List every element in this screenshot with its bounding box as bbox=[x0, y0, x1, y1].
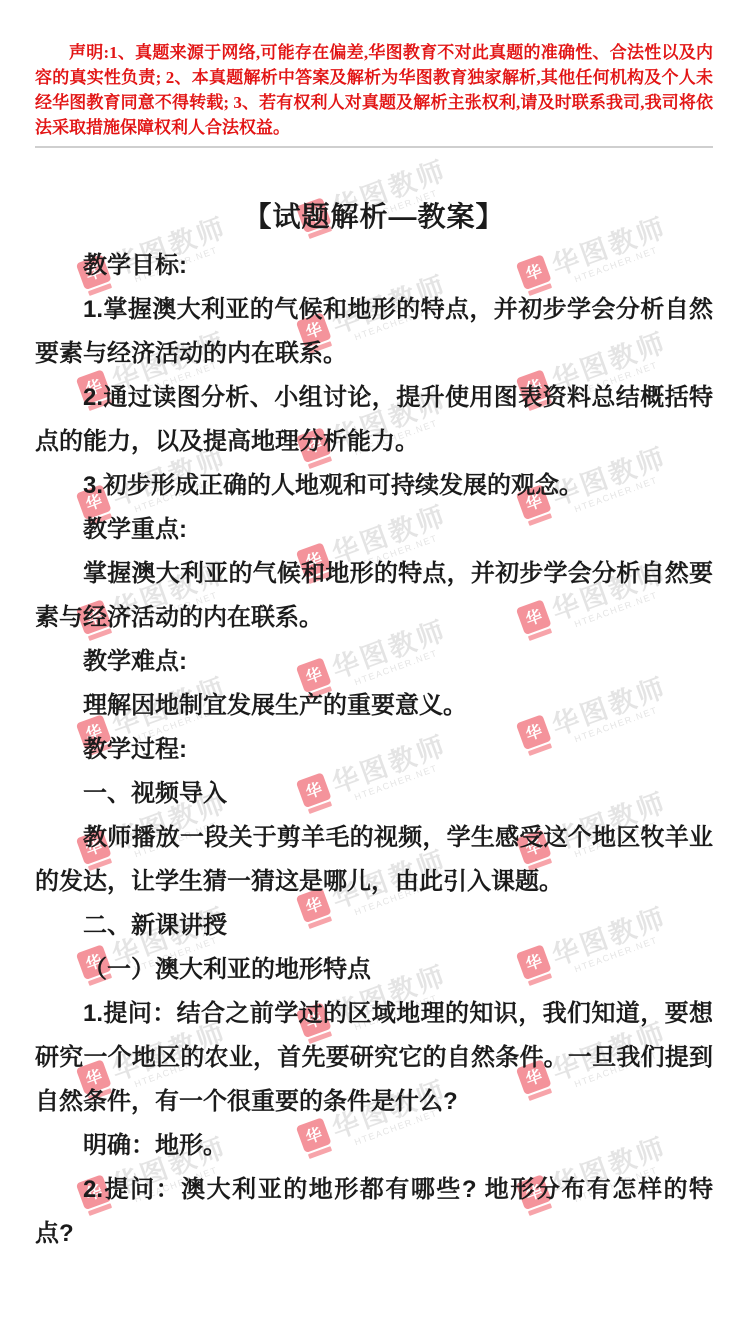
paragraph: 教学重点: bbox=[35, 508, 713, 552]
paragraph: 一、视频导入 bbox=[35, 772, 713, 816]
paragraph: 2.通过读图分析、小组讨论，提升使用图表资料总结概括特点的能力，以及提高地理分析… bbox=[35, 376, 713, 464]
paragraph: 教学难点: bbox=[35, 640, 713, 684]
paragraph: 理解因地制宜发展生产的重要意义。 bbox=[35, 684, 713, 728]
paragraph: 二、新课讲授 bbox=[35, 904, 713, 948]
paragraph: 教学过程: bbox=[35, 728, 713, 772]
paragraph: 3.初步形成正确的人地观和可持续发展的观念。 bbox=[35, 464, 713, 508]
paragraph: 1.掌握澳大利亚的气候和地形的特点，并初步学会分析自然要素与经济活动的内在联系。 bbox=[35, 288, 713, 376]
paragraph: （一）澳大利亚的地形特点 bbox=[35, 948, 713, 992]
header-divider-line bbox=[35, 146, 713, 148]
paragraph: 教师播放一段关于剪羊毛的视频，学生感受这个地区牧羊业的发达，让学生猜一猜这是哪儿… bbox=[35, 816, 713, 904]
page-title: 【试题解析—教案】 bbox=[0, 198, 748, 236]
disclaimer: 声明:1、真题来源于网络,可能存在偏差,华图教育不对此真题的准确性、合法性以及内… bbox=[35, 40, 713, 140]
disclaimer-text: 1、真题来源于网络,可能存在偏差,华图教育不对此真题的准确性、合法性以及内容的真… bbox=[35, 43, 713, 137]
disclaimer-label: 声明: bbox=[69, 43, 109, 62]
paragraph: 2.提问：澳大利亚的地形都有哪些? 地形分布有怎样的特点? bbox=[35, 1168, 713, 1256]
document-body: 教学目标:1.掌握澳大利亚的气候和地形的特点，并初步学会分析自然要素与经济活动的… bbox=[35, 244, 713, 1256]
paragraph: 1.提问：结合之前学过的区域地理的知识，我们知道，要想研究一个地区的农业，首先要… bbox=[35, 992, 713, 1124]
document-content: 声明:1、真题来源于网络,可能存在偏差,华图教育不对此真题的准确性、合法性以及内… bbox=[0, 0, 748, 1335]
document-page: 华华图教师HTEACHER.NET华华图教师HTEACHER.NET华华图教师H… bbox=[0, 0, 748, 1335]
paragraph: 明确：地形。 bbox=[35, 1124, 713, 1168]
paragraph: 教学目标: bbox=[35, 244, 713, 288]
paragraph: 掌握澳大利亚的气候和地形的特点，并初步学会分析自然要素与经济活动的内在联系。 bbox=[35, 552, 713, 640]
